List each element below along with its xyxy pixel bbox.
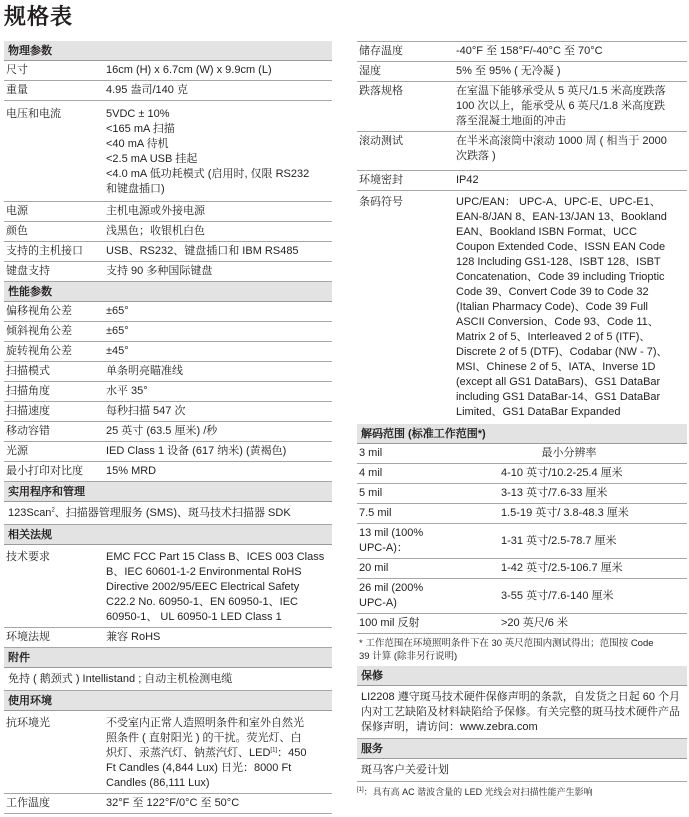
spec-value: 4.95 盎司/140 克 bbox=[106, 83, 332, 98]
decode-range-row: 13 mil (100% UPC-A)： 1-31 英寸/2.5-78.7 厘米 bbox=[357, 524, 687, 559]
spec-value: 5% 至 95% ( 无冷凝 ) bbox=[456, 64, 687, 79]
spec-row-sealing: 环境密封 IP42 bbox=[357, 171, 687, 191]
spec-value: USB、RS232、键盘插口和 IBM RS485 bbox=[106, 244, 332, 259]
spec-value: 主机电源或外接电源 bbox=[106, 204, 332, 219]
spec-label: 重量 bbox=[6, 83, 106, 98]
spec-row-environmental-regulation: 环境法规 兼容 RoHS bbox=[4, 628, 332, 648]
decode-range-row: 5 mil 3-13 英寸/7.6-33 厘米 bbox=[357, 484, 687, 504]
range-value: 4-10 英寸/10.2-25.4 厘米 bbox=[501, 466, 687, 481]
section-heading-performance: 性能参数 bbox=[4, 282, 332, 302]
service-text: 斑马客户关爱计划 bbox=[357, 759, 687, 782]
spec-value: -40°F 至 158°F/-40°C 至 70°C bbox=[456, 44, 687, 59]
range-label: 13 mil (100% UPC-A)： bbox=[359, 526, 501, 556]
spec-value: 5VDC ± 10% <165 mA 扫描 <40 mA 待机 <2.5 mA … bbox=[106, 107, 332, 197]
spec-label: 条码符号 bbox=[359, 195, 456, 420]
spec-row-print-contrast: 最小打印对比度 15% MRD bbox=[4, 462, 332, 482]
spec-value: 单条明亮瞄准线 bbox=[106, 364, 332, 379]
spec-row-pitch: 倾斜视角公差 ±65° bbox=[4, 322, 332, 342]
spec-value: ±65° bbox=[106, 304, 332, 319]
spec-row-ambient-light: 抗环境光 不受室内正常人造照明条件和室外自然光 照条件 ( 直射阳光 ) 的干扰… bbox=[4, 711, 332, 794]
range-label: 4 mil bbox=[359, 466, 501, 481]
utilities-text-post: 、扫描器管理服务 (SMS)、斑马技术扫描器 SDK bbox=[55, 507, 291, 519]
spec-label: 电源 bbox=[6, 204, 106, 219]
spec-label: 扫描速度 bbox=[6, 404, 106, 419]
spec-value: 在半米高滚筒中滚动 1000 周 ( 相当于 2000 次跌落 ) bbox=[456, 134, 687, 164]
decode-range-row: 4 mil 4-10 英寸/10.2-25.4 厘米 bbox=[357, 464, 687, 484]
spec-value: 不受室内正常人造照明条件和室外自然光 照条件 ( 直射阳光 ) 的干扰。荧光灯、… bbox=[106, 716, 332, 791]
spec-label: 倾斜视角公差 bbox=[6, 324, 106, 339]
spec-label: 储存温度 bbox=[359, 44, 456, 59]
led-footnote-text: ：具有高 AC 谐波含量的 LED 光线会对扫描性能产生影响 bbox=[364, 787, 593, 797]
spec-label: 抗环境光 bbox=[6, 716, 106, 791]
spec-row-power-source: 电源 主机电源或外接电源 bbox=[4, 202, 332, 222]
spec-label: 滚动测试 bbox=[359, 134, 456, 164]
spec-row-humidity: 湿度 5% 至 95% ( 无冷凝 ) bbox=[357, 62, 687, 82]
spec-row-weight: 重量 4.95 盎司/140 克 bbox=[4, 81, 332, 101]
spec-row-operating-temperature: 工作温度 32°F 至 122°F/0°C 至 50°C bbox=[4, 794, 332, 814]
section-heading-physical: 物理参数 bbox=[4, 41, 332, 61]
spec-row-roll: 旋转视角公差 ±45° bbox=[4, 342, 332, 362]
range-value: 1-31 英寸/2.5-78.7 厘米 bbox=[501, 534, 687, 549]
utilities-text: 123Scan2、扫描器管理服务 (SMS)、斑马技术扫描器 SDK bbox=[4, 502, 332, 525]
spec-label: 技术要求 bbox=[6, 550, 106, 625]
section-heading-service: 服务 bbox=[357, 739, 687, 759]
decode-range-row: 7.5 mil 1.5-19 英寸/ 3.8-48.3 厘米 bbox=[357, 504, 687, 524]
spec-label: 环境密封 bbox=[359, 173, 456, 188]
spec-row-scan-rate: 扫描速度 每秒扫描 547 次 bbox=[4, 402, 332, 422]
spec-label: 尺寸 bbox=[6, 63, 106, 78]
spec-row-skew: 偏移视角公差 ±65° bbox=[4, 302, 332, 322]
range-label: 7.5 mil bbox=[359, 506, 501, 521]
footnote-marker: [1] bbox=[357, 787, 364, 793]
spec-row-symbologies: 条码符号 UPC/EAN： UPC-A、UPC-E、UPC-E1、 EAN-8/… bbox=[357, 191, 687, 424]
led-footnote: [1]：具有高 AC 谐波含量的 LED 光线会对扫描性能产生影响 bbox=[357, 782, 687, 798]
range-label: 100 mil 反射 bbox=[359, 616, 501, 631]
spec-value: ±65° bbox=[106, 324, 332, 339]
spec-value: 兼容 RoHS bbox=[106, 630, 332, 645]
spec-value: 浅黑色；收银机白色 bbox=[106, 224, 332, 239]
decode-range-row: 100 mil 反射 >20 英尺/6 米 bbox=[357, 614, 687, 634]
spec-row-tumble-test: 滚动测试 在半米高滚筒中滚动 1000 周 ( 相当于 2000 次跌落 ) bbox=[357, 132, 687, 171]
decode-range-row: 26 mil (200% UPC-A) 3-55 英寸/7.6-140 厘米 bbox=[357, 579, 687, 614]
warranty-text: LI2208 遵守斑马技术硬件保修声明的条款，自发货之日起 60 个月内对工艺缺… bbox=[357, 686, 687, 739]
range-label: 3 mil bbox=[359, 446, 501, 461]
spec-row-scan-pattern: 扫描模式 单条明亮瞄准线 bbox=[4, 362, 332, 382]
range-label: 5 mil bbox=[359, 486, 501, 501]
spec-label: 偏移视角公差 bbox=[6, 304, 106, 319]
spec-label: 工作温度 bbox=[6, 796, 106, 811]
spec-value: IP42 bbox=[456, 173, 687, 188]
section-heading-warranty: 保修 bbox=[357, 666, 687, 686]
spec-value: 支持 90 多种国际键盘 bbox=[106, 264, 332, 279]
spec-value: ±45° bbox=[106, 344, 332, 359]
spec-row-scan-angle: 扫描角度 水平 35° bbox=[4, 382, 332, 402]
spec-value: 25 英寸 (63.5 厘米) /秒 bbox=[106, 424, 332, 439]
section-heading-environment: 使用环境 bbox=[4, 691, 332, 711]
spec-value: 水平 35° bbox=[106, 384, 332, 399]
spec-label: 湿度 bbox=[359, 64, 456, 79]
decode-range-footnote: * 工作范围在环境照明条件下在 30 英尺范围内测试得出；范围按 Code 39… bbox=[357, 634, 687, 666]
spec-label: 跌落规格 bbox=[359, 84, 456, 129]
spec-row-voltage-current: 电压和电流 5VDC ± 10% <165 mA 扫描 <40 mA 待机 <2… bbox=[4, 101, 332, 202]
section-heading-regulatory: 相关法规 bbox=[4, 525, 332, 545]
decode-range-row: 20 mil 1-42 英寸/2.5-106.7 厘米 bbox=[357, 559, 687, 579]
spec-row-storage-temperature: 储存温度 -40°F 至 158°F/-40°C 至 70°C bbox=[357, 42, 687, 62]
utilities-text-pre: 123Scan bbox=[8, 507, 51, 519]
spec-label: 支持的主机接口 bbox=[6, 244, 106, 259]
spec-label: 环境法规 bbox=[6, 630, 106, 645]
spec-value: EMC FCC Part 15 Class B、ICES 003 Class B… bbox=[106, 550, 332, 625]
spec-label: 颜色 bbox=[6, 224, 106, 239]
range-value: 3-55 英寸/7.6-140 厘米 bbox=[501, 589, 687, 604]
spec-label: 键盘支持 bbox=[6, 264, 106, 279]
spec-label: 光源 bbox=[6, 444, 106, 459]
spec-value: 在室温下能够承受从 5 英尺/1.5 米高度跌落 100 次以上，能承受从 6 … bbox=[456, 84, 687, 129]
range-column-header: 最小分辨率 bbox=[501, 446, 687, 461]
left-column: 物理参数 尺寸 16cm (H) x 6.7cm (W) x 9.9cm (L)… bbox=[4, 41, 332, 814]
spec-row-drop-spec: 跌落规格 在室温下能够承受从 5 英尺/1.5 米高度跌落 100 次以上，能承… bbox=[357, 82, 687, 132]
range-value: 1.5-19 英寸/ 3.8-48.3 厘米 bbox=[501, 506, 687, 521]
spec-row-light-source: 光源 IED Class 1 设备 (617 纳米) (黄褐色) bbox=[4, 442, 332, 462]
spec-value: 15% MRD bbox=[106, 464, 332, 479]
spec-row-motion-tolerance: 移动容错 25 英寸 (63.5 厘米) /秒 bbox=[4, 422, 332, 442]
range-label: 20 mil bbox=[359, 561, 501, 576]
accessories-text: 免持 ( 鹅颈式 ) Intellistand ; 自动主机检测电缆 bbox=[4, 668, 332, 691]
spec-value: UPC/EAN： UPC-A、UPC-E、UPC-E1、 EAN-8/JAN 8… bbox=[456, 195, 687, 420]
spec-row-keyboard-support: 键盘支持 支持 90 多种国际键盘 bbox=[4, 262, 332, 282]
spec-label: 电压和电流 bbox=[6, 107, 106, 197]
decode-range-header-row: 3 mil 最小分辨率 bbox=[357, 444, 687, 464]
page-title: 规格表 bbox=[4, 3, 73, 31]
spec-row-color: 颜色 浅黑色；收银机白色 bbox=[4, 222, 332, 242]
range-value: 1-42 英寸/2.5-106.7 厘米 bbox=[501, 561, 687, 576]
section-heading-decode-range: 解码范围 (标准工作范围*) bbox=[357, 424, 687, 444]
spec-value: 每秒扫描 547 次 bbox=[106, 404, 332, 419]
spec-label: 旋转视角公差 bbox=[6, 344, 106, 359]
spec-value: 16cm (H) x 6.7cm (W) x 9.9cm (L) bbox=[106, 63, 332, 78]
right-column: 储存温度 -40°F 至 158°F/-40°C 至 70°C 湿度 5% 至 … bbox=[357, 41, 687, 798]
spec-row-technical-requirements: 技术要求 EMC FCC Part 15 Class B、ICES 003 Cl… bbox=[4, 545, 332, 628]
spec-label: 扫描模式 bbox=[6, 364, 106, 379]
spec-row-dimensions: 尺寸 16cm (H) x 6.7cm (W) x 9.9cm (L) bbox=[4, 61, 332, 81]
section-heading-utilities: 实用程序和管理 bbox=[4, 482, 332, 502]
spec-label: 扫描角度 bbox=[6, 384, 106, 399]
range-value: 3-13 英寸/7.6-33 厘米 bbox=[501, 486, 687, 501]
spec-row-host-interfaces: 支持的主机接口 USB、RS232、键盘插口和 IBM RS485 bbox=[4, 242, 332, 262]
section-heading-accessories: 附件 bbox=[4, 648, 332, 668]
spec-label: 最小打印对比度 bbox=[6, 464, 106, 479]
range-label: 26 mil (200% UPC-A) bbox=[359, 581, 501, 611]
spec-label: 移动容错 bbox=[6, 424, 106, 439]
spec-value: 32°F 至 122°F/0°C 至 50°C bbox=[106, 796, 332, 811]
range-value: >20 英尺/6 米 bbox=[501, 616, 687, 631]
spec-value: IED Class 1 设备 (617 纳米) (黄褐色) bbox=[106, 444, 332, 459]
